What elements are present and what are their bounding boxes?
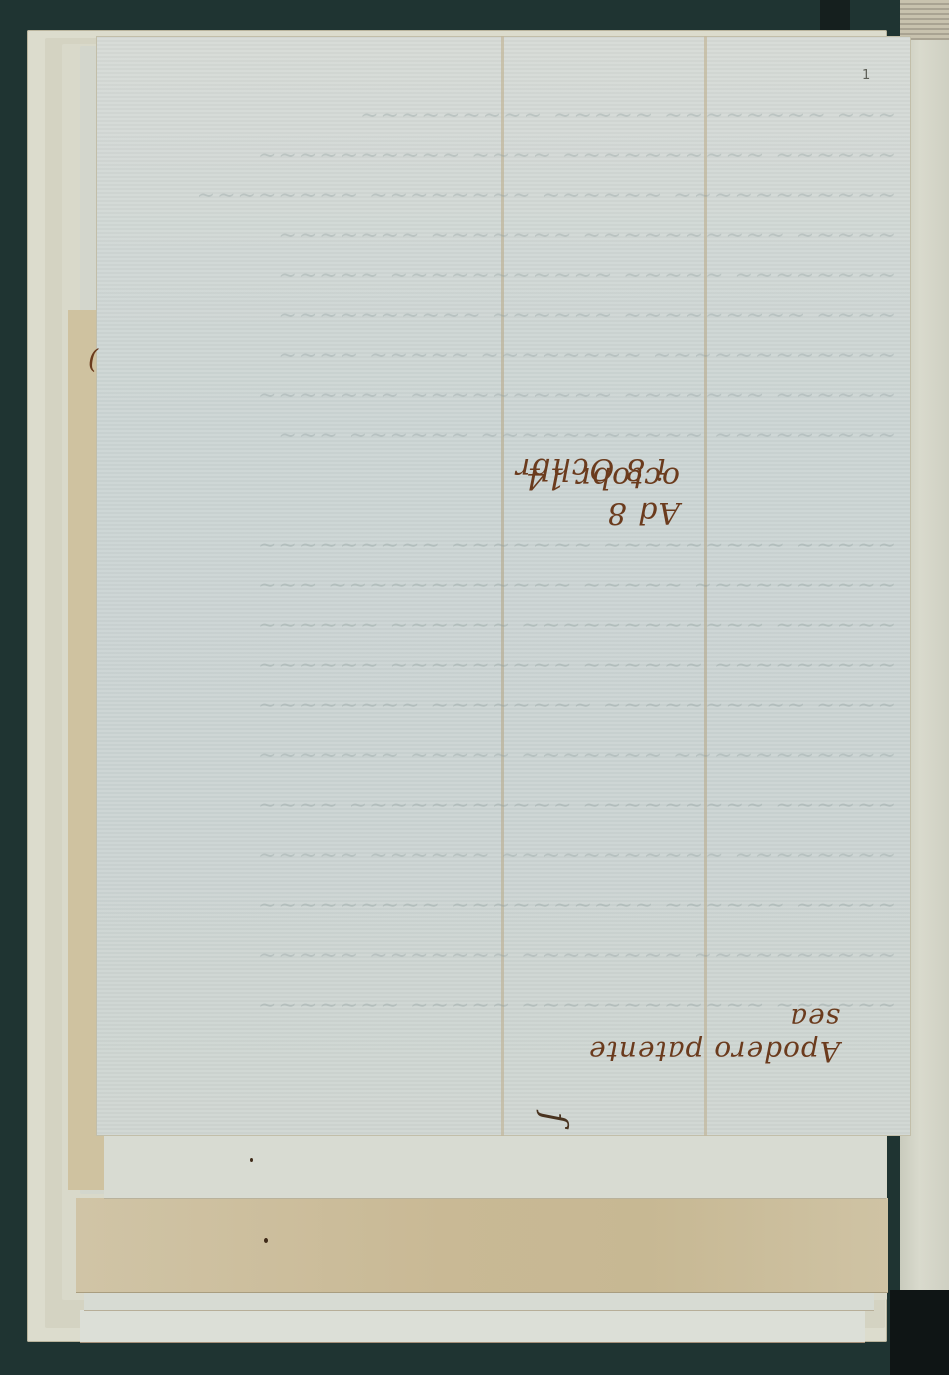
bleed-through-line: ~~~~~~~~ ~~~~~~~~~~~ ~~~~~~ ~~~~~ bbox=[116, 846, 896, 862]
light-paper-band bbox=[104, 1130, 886, 1199]
bleed-through-line: ~~~ ~~~~~~~~ ~~~~~ ~~~~~~~~~ bbox=[116, 106, 896, 122]
main-folio-page: ~~~ ~~~~~~~~ ~~~~~ ~~~~~~~~~ ~~~~~~ ~~~~… bbox=[96, 36, 911, 1136]
bottom-sheet-edge-2 bbox=[84, 1292, 874, 1311]
bleed-through-line: ~~~~~~~~~~ ~~~~~~~~ ~~~~~~~ ~~~~~ bbox=[116, 946, 896, 962]
bleed-through-line: ~~~~~~ ~~~~~~~~~~~~ ~~~~~~ ~~~~~~ bbox=[116, 616, 896, 632]
bleed-through-line: ~~~~~~~~~~ ~~~~~ ~~~~~~~~~~~~ ~~~ bbox=[116, 576, 896, 592]
bleed-through-line: ~~~~~~ ~~~~~~~ ~~~~~~~~~~ ~~~~~~~ bbox=[116, 386, 896, 402]
bleed-through-line: ~~~~~~~~ ~~~~~ ~~~~~~~~~~~ ~~~~~ bbox=[116, 266, 896, 282]
margin-mark-glyph: ( bbox=[88, 345, 98, 375]
bleed-through-line: ~~~~~ ~~~~~~~~~ ~~~~~~~ ~~~~~~~~~ bbox=[116, 536, 896, 552]
bleed-through-line: ~~~~~~~~~~~ ~~~~~~ ~~~~~~~~ ~~~~~~~~ bbox=[116, 186, 896, 202]
bleed-through-line: ~~~~~~~~~~~~ ~~~~~~~~ ~~~~~ ~~~~ bbox=[116, 346, 896, 362]
bleed-through-line: ~~~~ ~~~~~~~~~ ~~~~~~ ~~~~~~~~~~ bbox=[116, 306, 896, 322]
bleed-through-line: ~~~~~~~~~~~ ~~~~~~~ ~~~~~ ~~~~~~~ bbox=[116, 746, 896, 762]
ink-flourish-mark: ſ bbox=[548, 1098, 596, 1128]
bleed-through-line: ~~~~~~ ~~~~~~~~~ ~~~~~~~~~~~ ~~~~ bbox=[116, 796, 896, 812]
bleed-through-line: ~~~~ ~~~~~~~~~~ ~~~~~~~~ ~~~~~~~~ bbox=[116, 696, 896, 712]
page-edges bbox=[900, 0, 949, 40]
book-bottom-shadow bbox=[890, 1290, 949, 1375]
tan-paper-band bbox=[76, 1198, 888, 1293]
ink-speck bbox=[264, 1238, 268, 1243]
bleed-through-line: ~~~~~~~~~ ~~~~~~~~~~~ ~~~~~~ ~~~ bbox=[116, 426, 896, 442]
bleed-through-line: ~~~~~ ~~~~~~ ~~~~~~~~~~ ~~~~~~~~~ bbox=[116, 896, 896, 912]
ink-speck bbox=[250, 1158, 253, 1162]
bleed-through-line: ~~~~~~ ~~~~~~~~~~~~ ~~~~~ ~~~~~~~ bbox=[116, 996, 896, 1012]
bottom-sheet-edge-3 bbox=[80, 1310, 865, 1343]
bleed-through-line: ~~~~~ ~~~~~~~~~~ ~~~~~~~ ~~~~~~~ bbox=[116, 226, 896, 242]
signature-line: Apodero patente sea bbox=[530, 1028, 840, 1068]
page-number-mark: 1 bbox=[862, 68, 870, 83]
flourish-glyph: ſ bbox=[534, 1112, 574, 1125]
endorsement-line-2: i 8 Ochbr bbox=[515, 451, 666, 486]
endorsement-note: Ad 8 octobr 14 i 8 Ochbr bbox=[510, 440, 680, 530]
margin-ink-mark: ( bbox=[88, 345, 108, 375]
bleed-through-line: ~~~~~~ ~~~~~~~~~~ ~~~~ ~~~~~~~~~~ bbox=[116, 146, 896, 162]
bleed-through-line: ~~~~~~~~~ ~~~~~~ ~~~~~~~~~ ~~~~~~ bbox=[116, 656, 896, 672]
